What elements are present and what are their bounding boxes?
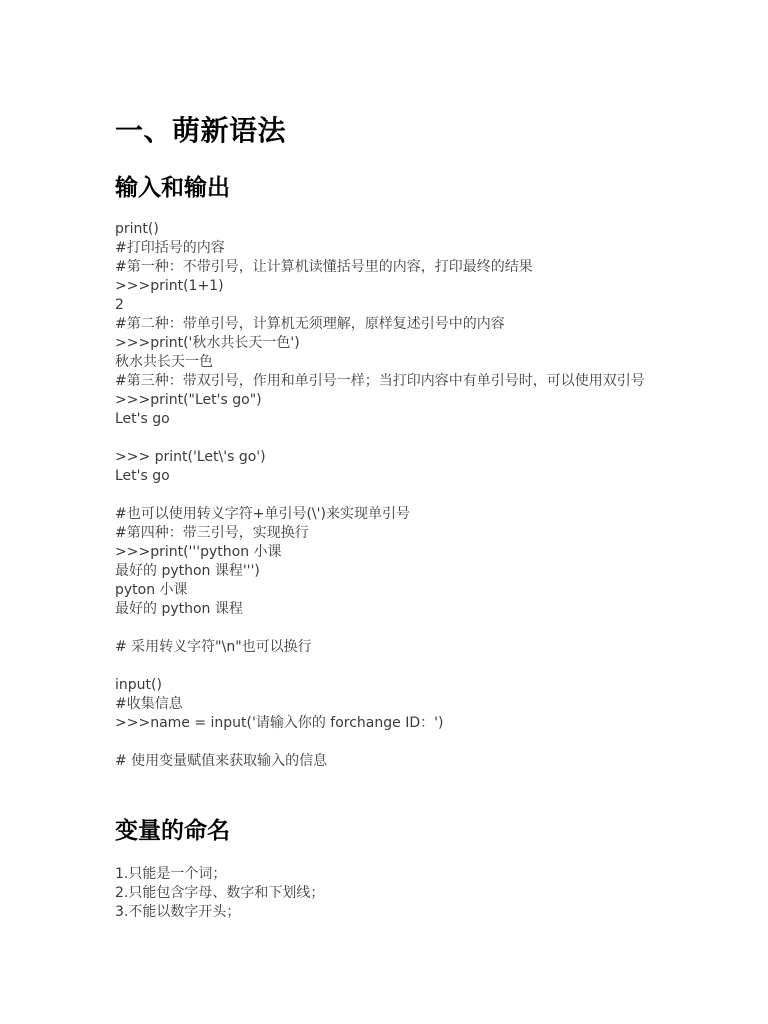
text-line: #也可以使用转义字符+单引号(\')来实现单引号: [115, 505, 708, 524]
text-line: 最好的 python 课程'''): [115, 562, 708, 581]
text-line: 3.不能以数字开头；: [115, 903, 708, 922]
text-line: #第二种：带单引号，计算机无须理解，原样复述引号中的内容: [115, 315, 708, 334]
variable-naming-rules-list: 1.只能是一个词；2.只能包含字母、数字和下划线；3.不能以数字开头；: [115, 865, 708, 922]
text-line: Let's go: [115, 467, 708, 486]
text-line: input(): [115, 676, 708, 695]
text-line: 秋水共长天一色: [115, 353, 708, 372]
text-line: 2: [115, 296, 708, 315]
text-line: # 采用转义字符"\n"也可以换行: [115, 638, 708, 657]
document-content: 一、萌新语法 输入和输出 print()#打印括号的内容#第一种：不带引号，让计…: [0, 114, 768, 922]
text-line: 最好的 python 课程: [115, 600, 708, 619]
text-line: #第三种：带双引号，作用和单引号一样；当打印内容中有单引号时，可以使用双引号: [115, 372, 708, 391]
text-line: Let's go: [115, 410, 708, 429]
text-line: #打印括号的内容: [115, 239, 708, 258]
text-line: [115, 733, 708, 752]
heading-variable-naming: 变量的命名: [115, 817, 708, 845]
document-page: 一、萌新语法 输入和输出 print()#打印括号的内容#第一种：不带引号，让计…: [0, 0, 768, 1024]
text-line: [115, 657, 708, 676]
text-line: #第四种：带三引号，实现换行: [115, 524, 708, 543]
text-line: print(): [115, 220, 708, 239]
text-line: [115, 619, 708, 638]
section-title: 一、萌新语法: [115, 114, 708, 148]
text-line: 2.只能包含字母、数字和下划线；: [115, 884, 708, 903]
text-line: [115, 429, 708, 448]
text-line: >>> print('Let\'s go'): [115, 448, 708, 467]
text-line: 1.只能是一个词；: [115, 865, 708, 884]
text-line: #第一种：不带引号，让计算机读懂括号里的内容，打印最终的结果: [115, 258, 708, 277]
text-line: >>>print(1+1): [115, 277, 708, 296]
text-line: pyton 小课: [115, 581, 708, 600]
heading-input-output: 输入和输出: [115, 174, 708, 202]
text-line: # 使用变量赋值来获取输入的信息: [115, 752, 708, 771]
text-line: >>>print('秋水共长天一色'): [115, 334, 708, 353]
text-line: #收集信息: [115, 695, 708, 714]
text-line: >>>print("Let's go"): [115, 391, 708, 410]
text-line: >>>name = input('请输入你的 forchange ID：'): [115, 714, 708, 733]
code-tutorial-block: print()#打印括号的内容#第一种：不带引号，让计算机读懂括号里的内容，打印…: [115, 220, 708, 771]
text-line: [115, 486, 708, 505]
text-line: >>>print('''python 小课: [115, 543, 708, 562]
